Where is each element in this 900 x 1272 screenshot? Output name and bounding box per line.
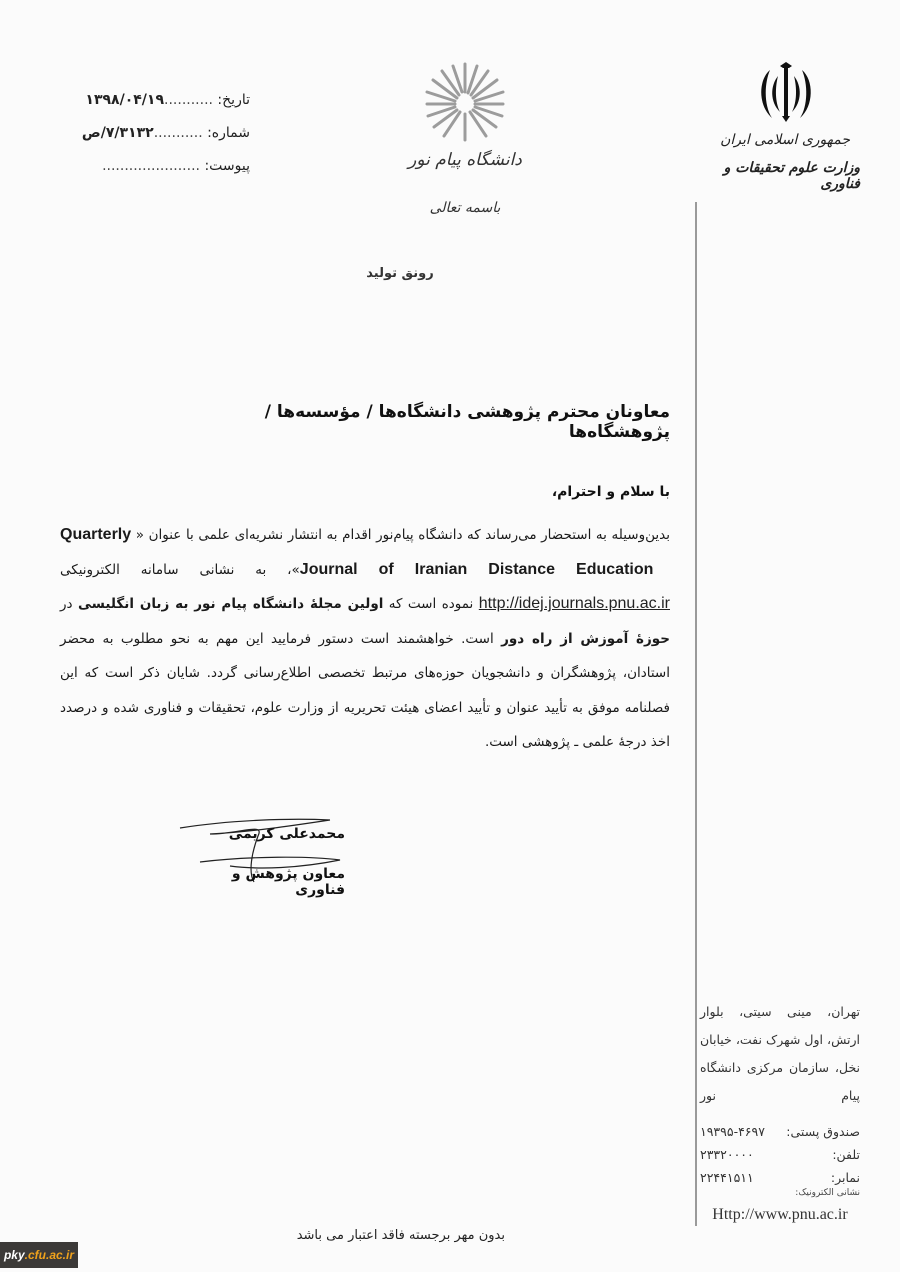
first-journal-highlight: اولین مجلهٔ دانشگاه پیام نور به زبان انگ… bbox=[78, 596, 383, 612]
phone-row: تلفن: ۲۳۳۲۰۰۰۰ bbox=[700, 1143, 860, 1166]
pnu-logo-icon bbox=[425, 62, 505, 142]
slogan-label: رونق تولید bbox=[330, 266, 470, 281]
field-highlight: حوزهٔ آموزش از راه دور bbox=[501, 631, 670, 647]
university-name: دانشگاه پیام نور bbox=[405, 150, 525, 170]
date-value: ۱۳۹۸/۰۴/۱۹ bbox=[85, 92, 164, 108]
signatory-name: محمدعلی کریمی bbox=[180, 826, 345, 842]
date-label: تاریخ: bbox=[217, 92, 250, 108]
number-label: شماره: bbox=[207, 125, 250, 141]
journal-url-link[interactable]: http://idej.journals.pnu.ac.ir bbox=[479, 595, 670, 612]
attachment-row: پیوست: ...................... bbox=[80, 150, 250, 183]
contact-info: صندوق پستی: ۱۹۳۹۵-۴۶۹۷ تلفن: ۲۳۳۲۰۰۰۰ نم… bbox=[700, 1120, 860, 1189]
email-label: نشانی الکترونیک: bbox=[700, 1188, 860, 1198]
margin-divider bbox=[695, 202, 697, 1226]
validity-note: بدون مهر برجسته فاقد اعتبار می باشد bbox=[230, 1228, 505, 1243]
letter-meta: تاریخ: ...........۱۳۹۸/۰۴/۱۹ شماره: ....… bbox=[80, 84, 250, 183]
iran-emblem-icon bbox=[756, 62, 816, 124]
postal-box-row: صندوق پستی: ۱۹۳۹۵-۴۶۹۷ bbox=[700, 1120, 860, 1143]
government-title: جمهوری اسلامی ایران bbox=[700, 132, 850, 148]
bismillah: باسمه تعالی bbox=[405, 200, 525, 216]
signatory-title: معاون پژوهش و فناوری bbox=[180, 866, 345, 898]
addressee: معاونان محترم پژوهشی دانشگاه‌ها / مؤسسه‌… bbox=[230, 402, 670, 442]
letter-body: بدین‌وسیله به استحضار می‌رساند که دانشگا… bbox=[60, 518, 670, 760]
greeting: با سلام و احترام، bbox=[400, 484, 670, 500]
site-watermark: pky.cfu.ac.ir bbox=[0, 1242, 78, 1268]
postal-address: تهران، مینی سیتی، بلوار ارتش، اول شهرک ن… bbox=[700, 998, 860, 1110]
attachment-label: پیوست: bbox=[204, 158, 250, 174]
date-row: تاریخ: ...........۱۳۹۸/۰۴/۱۹ bbox=[80, 84, 250, 117]
number-row: شماره: ...........۷/۳۱۳۲/ص bbox=[80, 117, 250, 150]
website-link[interactable]: Http://www.pnu.ac.ir bbox=[700, 1206, 860, 1224]
ministry-title: وزارت علوم تحقیقات و فناوری bbox=[690, 160, 860, 192]
fax-row: نمابر: ۲۲۴۴۱۵۱۱ bbox=[700, 1166, 860, 1189]
number-value: ۷/۳۱۳۲/ص bbox=[82, 125, 154, 141]
